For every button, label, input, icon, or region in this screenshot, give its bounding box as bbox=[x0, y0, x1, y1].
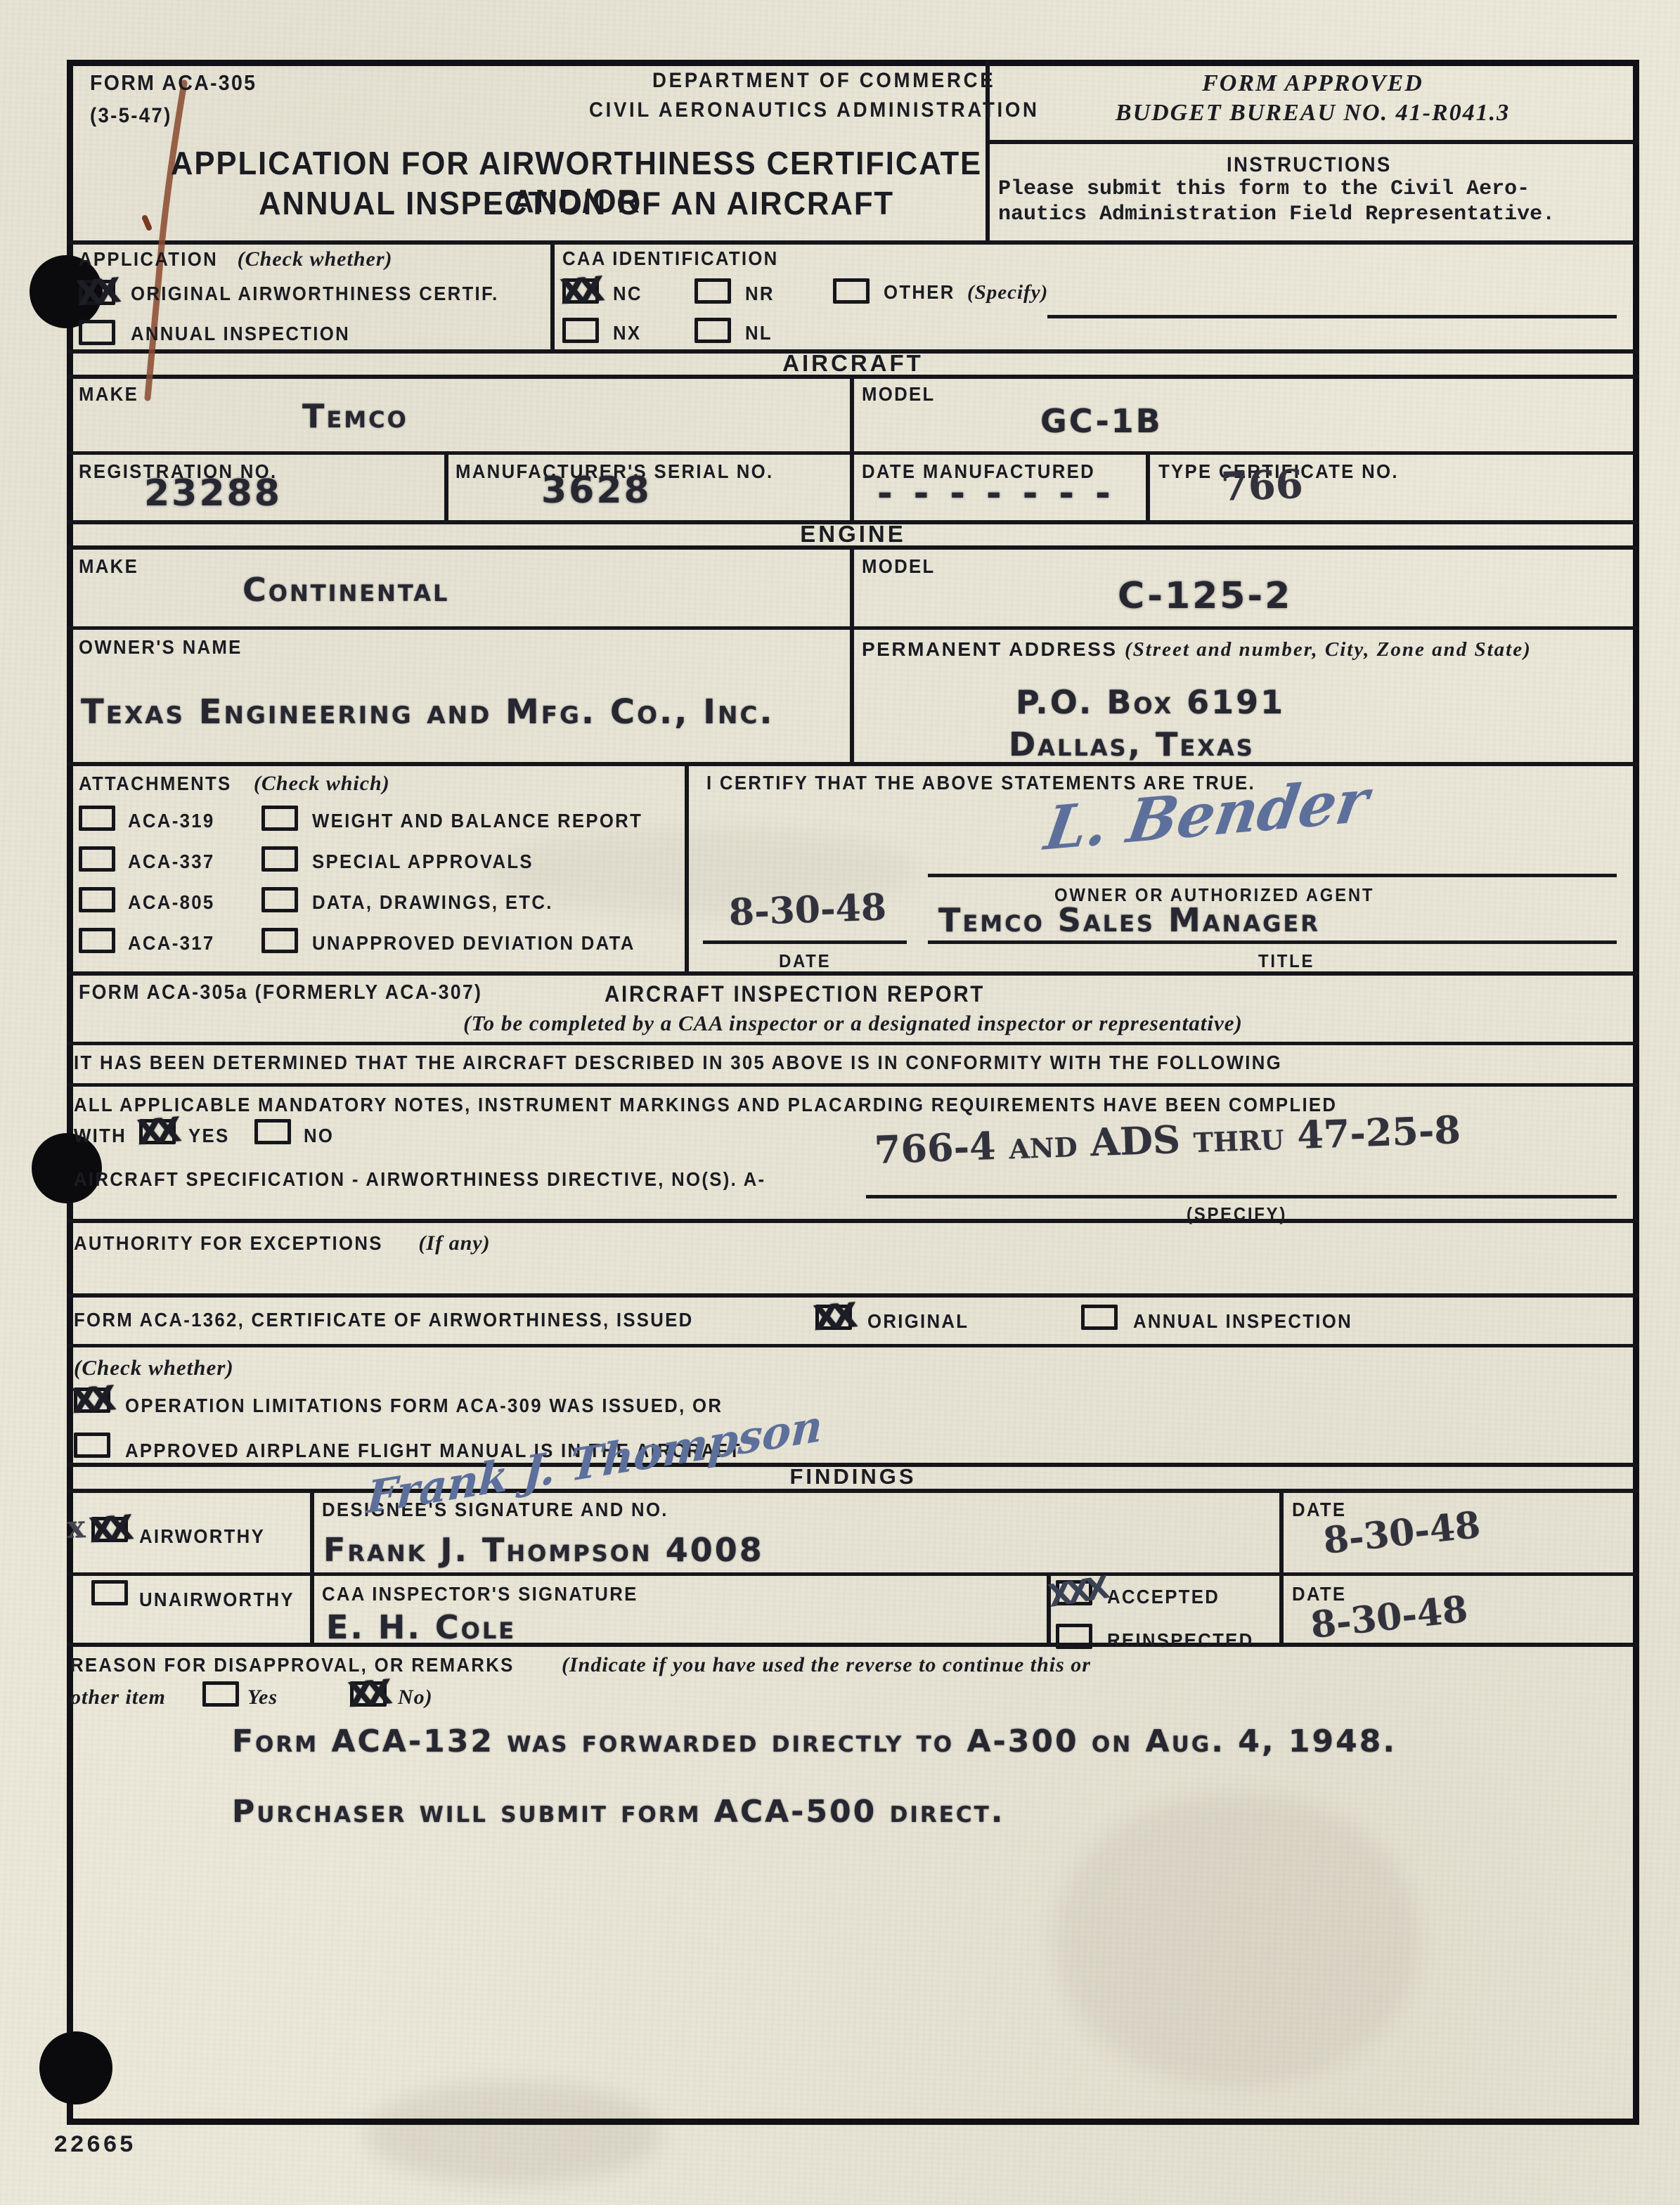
label-reverse-yes: Yes bbox=[247, 1686, 278, 1709]
label-annual-inspection: ANNUAL INSPECTION bbox=[131, 323, 350, 345]
determined-statement: IT HAS BEEN DETERMINED THAT THE AIRCRAFT… bbox=[74, 1052, 1282, 1074]
inspection-subtitle: (To be completed by a CAA inspector or a… bbox=[67, 1011, 1639, 1036]
checkbox-x-mark: XX bbox=[75, 270, 135, 314]
permanent-address-label: PERMANENT ADDRESS (Street and number, Ci… bbox=[862, 636, 1621, 664]
department-line2: CIVIL AERONAUTICS ADMINISTRATION bbox=[589, 98, 1040, 122]
label-accepted: ACCEPTED bbox=[1107, 1586, 1220, 1608]
attachments-label: ATTACHMENTS (Check which) bbox=[79, 772, 390, 796]
line bbox=[67, 1643, 1639, 1647]
label-weight-balance: WEIGHT AND BALANCE REPORT bbox=[312, 810, 642, 832]
checkbox-reverse-no[interactable]: XX bbox=[350, 1681, 387, 1707]
caa-identification-label: CAA IDENTIFICATION bbox=[562, 247, 779, 270]
remarks-label-line2: other item bbox=[70, 1686, 166, 1709]
label-complied-yes: YES bbox=[188, 1125, 229, 1147]
serial-value: 3628 bbox=[541, 470, 652, 512]
registration-value: 23288 bbox=[144, 472, 282, 515]
line bbox=[1279, 1489, 1284, 1643]
line bbox=[850, 545, 854, 626]
spec-directive-line[interactable] bbox=[866, 1195, 1617, 1198]
label-reverse-no: No) bbox=[398, 1686, 433, 1709]
line bbox=[685, 762, 689, 971]
engine-model-value: C-125-2 bbox=[1118, 575, 1292, 617]
aircraft-section-label: AIRCRAFT bbox=[67, 350, 1639, 377]
line bbox=[67, 1219, 1639, 1223]
checkbox-nc[interactable]: XX bbox=[562, 278, 599, 304]
checkbox-x-mark: XX bbox=[70, 1378, 130, 1422]
checkbox-x-mark: XX bbox=[88, 1507, 148, 1551]
label-special-approvals: SPECIAL APPROVALS bbox=[312, 851, 534, 873]
inspection-title: AIRCRAFT INSPECTION REPORT bbox=[605, 981, 985, 1007]
label-original-airworthiness: ORIGINAL AIRWORTHINESS CERTIF. bbox=[131, 283, 499, 305]
date-manufactured-value: - - - - - - - bbox=[877, 472, 1115, 515]
checkbox-aca-805[interactable] bbox=[79, 887, 115, 912]
label-unairworthy: UNAIRWORTHY bbox=[139, 1589, 295, 1611]
line bbox=[67, 762, 1639, 766]
remarks-label-line1: REASON FOR DISAPPROVAL, OR REMARKS (Indi… bbox=[70, 1653, 1091, 1677]
owner-address-line2: Dallas, Texas bbox=[1009, 725, 1255, 763]
label-other: OTHER (Specify) bbox=[884, 281, 1048, 304]
aircraft-model-value: GC-1B bbox=[1040, 402, 1163, 440]
type-certificate-value: 766 bbox=[1220, 461, 1304, 510]
certify-title-caption: TITLE bbox=[1258, 950, 1314, 972]
checkbox-nr[interactable] bbox=[694, 278, 731, 304]
checkbox-issued-original[interactable]: XX bbox=[815, 1305, 852, 1330]
application-label-text: APPLICATION bbox=[79, 248, 218, 271]
line bbox=[67, 1083, 1639, 1087]
label-nx: NX bbox=[613, 322, 641, 344]
form-title-line2: ANNUAL INSPECTION OF AN AIRCRAFT bbox=[129, 184, 1024, 222]
engine-make-label: MAKE bbox=[79, 555, 138, 578]
remarks-body-line2: Purchaser will submit form ACA-500 direc… bbox=[232, 1794, 1005, 1830]
checkbox-issued-annual[interactable] bbox=[1081, 1305, 1118, 1330]
inspector-signature-label: CAA INSPECTOR'S SIGNATURE bbox=[322, 1583, 638, 1605]
engine-make-value: Continental bbox=[243, 571, 449, 609]
spec-directive-label: AIRCRAFT SPECIFICATION - AIRWORTHINESS D… bbox=[74, 1168, 765, 1191]
certify-date-caption: DATE bbox=[779, 950, 831, 972]
checkbox-nx[interactable] bbox=[562, 318, 599, 343]
line bbox=[850, 451, 854, 520]
checkbox-x-mark: XX bbox=[559, 269, 619, 313]
checkbox-nl[interactable] bbox=[694, 318, 731, 343]
airworthy-pencil-x: x bbox=[66, 1509, 86, 1546]
checkbox-x-mark: XX bbox=[136, 1109, 195, 1153]
label-nc: NC bbox=[613, 283, 642, 305]
label-issued-annual: ANNUAL INSPECTION bbox=[1133, 1310, 1352, 1333]
specify-caption: (SPECIFY) bbox=[1187, 1203, 1287, 1225]
application-label: APPLICATION (Check whether) bbox=[79, 247, 392, 271]
engine-section-label: ENGINE bbox=[67, 521, 1639, 548]
checkbox-aca-319[interactable] bbox=[79, 806, 115, 831]
checkbox-x-mark: XX bbox=[347, 1671, 406, 1716]
check-whether-note: (Check whether) bbox=[74, 1355, 234, 1380]
label-operation-limitations: OPERATION LIMITATIONS FORM ACA-309 WAS I… bbox=[125, 1395, 723, 1417]
other-specify-blank[interactable] bbox=[1047, 315, 1617, 318]
line bbox=[67, 240, 1639, 245]
label-aca-317: ACA-317 bbox=[128, 932, 214, 955]
label-aca-337: ACA-337 bbox=[128, 851, 214, 873]
engine-model-label: MODEL bbox=[862, 555, 936, 578]
checkbox-accepted[interactable]: XXX bbox=[1056, 1580, 1092, 1605]
findings-section-label: FINDINGS bbox=[67, 1464, 1639, 1489]
checkbox-flight-manual[interactable] bbox=[74, 1433, 110, 1458]
line bbox=[986, 140, 1639, 144]
owner-address-line1: P.O. Box 6191 bbox=[1016, 683, 1285, 721]
label-reinspected: REINSPECTED bbox=[1107, 1629, 1254, 1652]
checkbox-weight-balance[interactable] bbox=[261, 806, 298, 831]
line bbox=[67, 1572, 1639, 1576]
checkbox-complied-no[interactable] bbox=[254, 1119, 291, 1144]
owner-signature-line[interactable] bbox=[928, 874, 1617, 877]
checkbox-original-airworthiness[interactable]: XX bbox=[79, 280, 115, 305]
department-line1: DEPARTMENT OF COMMERCE bbox=[652, 69, 995, 93]
checkbox-unapproved-deviation[interactable] bbox=[261, 928, 298, 953]
remarks-body-line1: Form ACA-132 was forwarded directly to A… bbox=[232, 1724, 1397, 1759]
form-approved-line1: FORM APPROVED bbox=[991, 70, 1634, 97]
designee-stamp: Frank J. Thompson 4008 bbox=[323, 1531, 764, 1569]
complied-statement: ALL APPLICABLE MANDATORY NOTES, INSTRUME… bbox=[74, 1094, 1337, 1116]
certify-date-value[interactable]: 8-30-48 bbox=[728, 886, 887, 934]
instructions-line2: nautics Administration Field Representat… bbox=[998, 202, 1555, 226]
line bbox=[850, 375, 854, 451]
aircraft-model-label: MODEL bbox=[862, 383, 936, 406]
checkbox-annual-inspection[interactable] bbox=[79, 320, 115, 345]
label-unapproved-deviation: UNAPPROVED DEVIATION DATA bbox=[312, 932, 635, 955]
aircraft-make-label: MAKE bbox=[79, 383, 138, 406]
line bbox=[444, 451, 448, 520]
label-airworthy: AIRWORTHY bbox=[139, 1525, 265, 1548]
form-number: FORM ACA-305 bbox=[90, 70, 257, 96]
authority-exceptions-label: AUTHORITY FOR EXCEPTIONS (If any) bbox=[74, 1231, 491, 1255]
label-complied-no: NO bbox=[304, 1125, 334, 1147]
with-label: WITH bbox=[74, 1125, 127, 1147]
certify-title-line[interactable] bbox=[928, 940, 1617, 944]
checkbox-airworthy[interactable]: XX bbox=[91, 1517, 128, 1542]
owner-name-value: Texas Engineering and Mfg. Co., Inc. bbox=[81, 692, 775, 732]
line bbox=[67, 1042, 1639, 1045]
instructions-title: INSTRUCTIONS bbox=[1227, 153, 1392, 177]
line bbox=[850, 626, 854, 762]
checkbox-reverse-yes[interactable] bbox=[202, 1681, 239, 1707]
checkbox-data-drawings[interactable] bbox=[261, 887, 298, 912]
instructions-line1: Please submit this form to the Civil Aer… bbox=[998, 177, 1530, 201]
label-aca-805: ACA-805 bbox=[128, 891, 214, 914]
certify-title-value[interactable]: Temco Sales Manager bbox=[938, 901, 1320, 939]
checkbox-complied-yes[interactable]: XX bbox=[139, 1119, 176, 1144]
label-nr: NR bbox=[745, 283, 775, 305]
label-issued-original: ORIGINAL bbox=[867, 1310, 969, 1333]
checkbox-aca-317[interactable] bbox=[79, 928, 115, 953]
certify-date-line[interactable] bbox=[703, 940, 907, 944]
owner-name-label: OWNER'S NAME bbox=[79, 636, 243, 659]
scanned-form-page: { "colors":{"paper":"#ebe8da","ink":"#15… bbox=[0, 0, 1680, 2205]
line bbox=[550, 240, 555, 349]
checkbox-x-mark: XX bbox=[812, 1295, 872, 1339]
checkbox-operation-limitations[interactable]: XX bbox=[74, 1388, 110, 1413]
checkbox-aca-337[interactable] bbox=[79, 846, 115, 872]
label-nl: NL bbox=[745, 322, 773, 344]
aircraft-make-value: Temco bbox=[302, 397, 408, 435]
hole-punch bbox=[39, 2031, 112, 2104]
line bbox=[1146, 451, 1150, 520]
checkbox-special-approvals[interactable] bbox=[261, 846, 298, 872]
form-revision: (3-5-47) bbox=[90, 104, 172, 128]
cert-1362-label: FORM ACA-1362, CERTIFICATE OF AIRWORTHIN… bbox=[74, 1309, 694, 1331]
page-serial-number: 22665 bbox=[53, 2133, 136, 2159]
label-aca-319: ACA-319 bbox=[128, 810, 214, 832]
inspection-form-label: FORM ACA-305a (FORMERLY ACA-307) bbox=[79, 981, 482, 1004]
inspector-stamp[interactable]: E. H. Cole bbox=[326, 1608, 516, 1646]
checkbox-other[interactable] bbox=[833, 278, 870, 304]
label-data-drawings: DATA, DRAWINGS, ETC. bbox=[312, 891, 553, 914]
line bbox=[67, 971, 1639, 976]
line bbox=[67, 1344, 1639, 1347]
checkbox-unairworthy[interactable] bbox=[91, 1580, 128, 1605]
line bbox=[310, 1489, 314, 1643]
checkbox-reinspected[interactable] bbox=[1056, 1624, 1092, 1649]
form-approved-line2: BUDGET BUREAU NO. 41-R041.3 bbox=[991, 100, 1634, 127]
application-label-note: (Check whether) bbox=[238, 247, 393, 271]
